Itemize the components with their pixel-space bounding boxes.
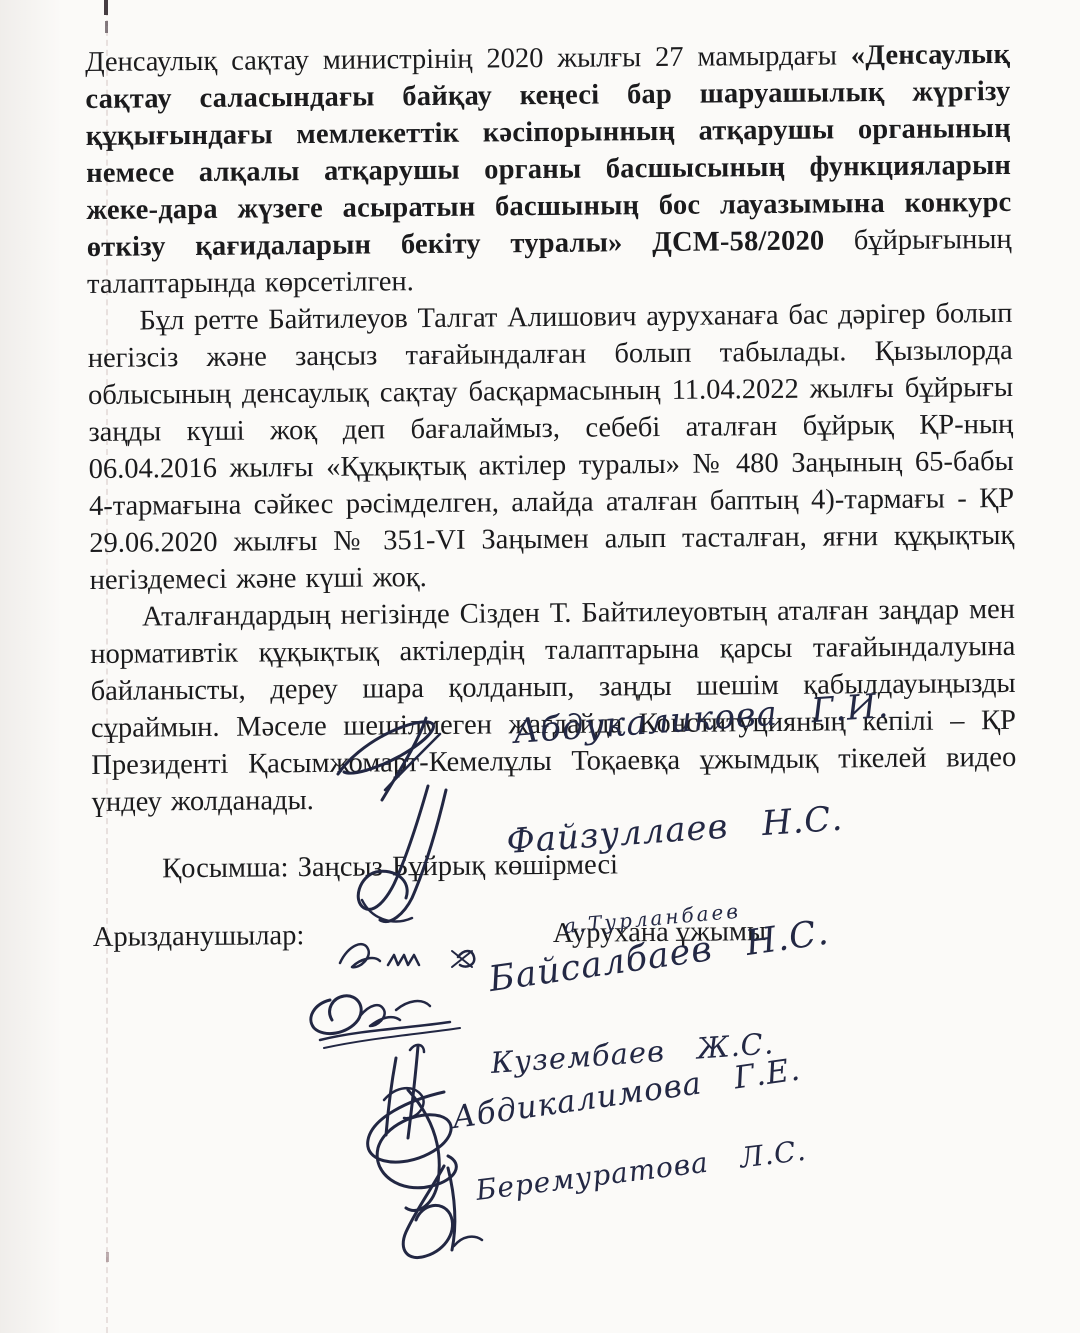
signatures-block: Абдукаликова Г.И. Файзуллаев Н.С. а.Турл… [0,0,1080,1333]
scanned-letter-page: Денсаулық сақтау министрінің 2020 жылғы … [0,0,1080,1333]
signer-name-2: Файзуллаев Н.С. [505,799,844,862]
signer-name-7: Беремуратова Л.С. [474,1134,808,1207]
signature-stroke-art [342,780,472,930]
signature-flourish-2 [342,780,472,930]
signer-name-1: Абдукаликова Г.И. [512,686,890,752]
